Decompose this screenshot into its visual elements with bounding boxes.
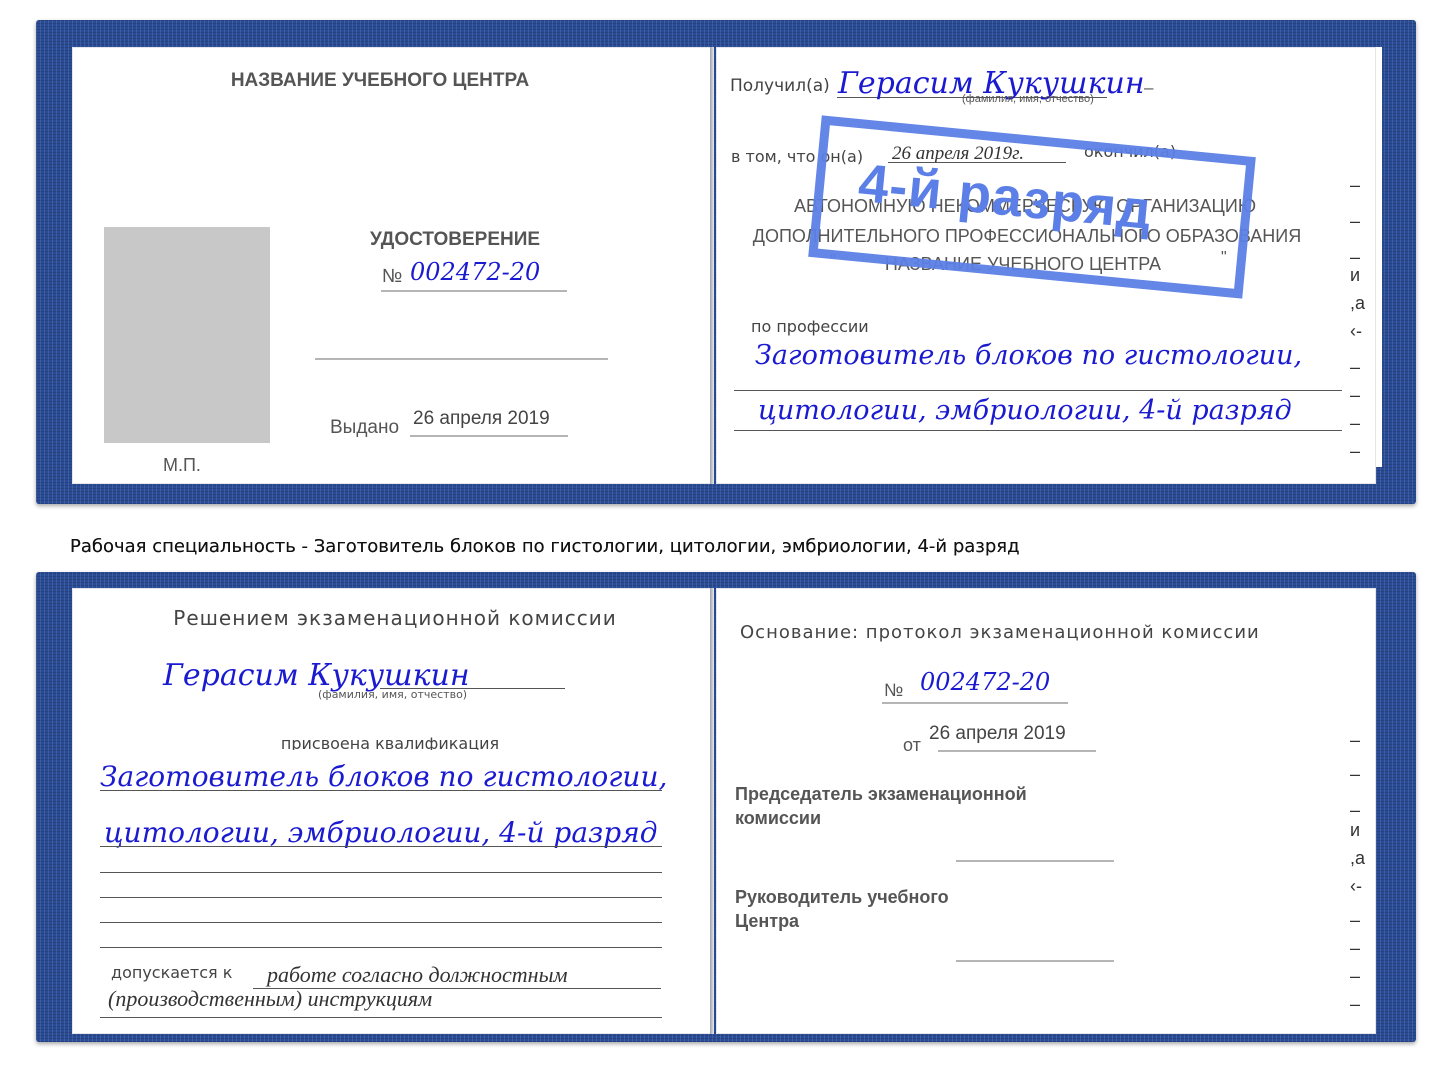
qualification-line-1: Заготовитель блоков по гистологии, [100,760,667,793]
edge-mark: – [1350,994,1360,1015]
number-underline [381,290,567,292]
qualification-label: присвоена квалификация [210,734,570,750]
name-hint: (фамилия, имя, отчество) [962,93,1094,105]
top-spine [710,47,714,484]
protocol-number-underline [882,702,1068,704]
blank-line [100,897,662,898]
edge-mark: ,а [1350,848,1365,869]
profession-underline-1 [734,390,1342,391]
protocol-date-label: от [903,735,921,756]
photo-placeholder [104,227,270,443]
certificate-title: УДОСТОВЕРЕНИЕ [340,229,570,251]
bottom-spine [710,588,714,1034]
edge-mark: – [1350,910,1360,931]
stamp-place-label: М.П. [163,455,201,476]
blank-underline [315,358,608,360]
admitted-line-2: (производственным) инструкциям [108,986,432,1012]
edge-mark: – [1350,357,1360,378]
edge-mark: – [1350,730,1360,751]
head-label-2: Центра [735,911,799,932]
decision-title: Решением экзаменационной комиссии [120,606,670,630]
edge-mark: ,а [1350,293,1365,314]
edge-mark: – [1350,385,1360,406]
edge-mark: – [1350,175,1360,196]
edge-mark: и [1350,820,1360,841]
issued-date-underline [410,435,568,437]
admitted-underline-2 [100,1017,662,1018]
issued-date: 26 апреля 2019 [413,408,550,430]
edge-mark: – [1350,211,1360,232]
received-label: Получил(а) [730,76,830,96]
edge-mark: – [1350,764,1360,785]
org-name-heading: НАЗВАНИЕ УЧЕБНОГО ЦЕНТРА [160,70,600,92]
blank-line [100,922,662,923]
certificate-number: 002472-20 [410,258,540,286]
edge-mark: – [1350,938,1360,959]
edge-mark: ‹- [1350,876,1362,897]
head-label-1: Руководитель учебного [735,887,949,908]
admitted-label: допускается к [111,963,232,982]
basis-title: Основание: протокол экзаменационной коми… [740,622,1260,643]
edge-mark: – [1350,966,1360,987]
qualification-underline-2 [100,846,662,847]
edge-mark: – [1350,800,1360,821]
profession-underline-2 [734,430,1342,431]
blank-line [100,947,662,948]
admitted-line-1: работе согласно должностным [267,962,568,988]
issued-label: Выдано [330,417,399,439]
protocol-number-label: № [884,680,903,701]
edge-mark: – [1350,413,1360,434]
qualification-line-2: цитологии, эмбриологии, 4-й разряд [104,816,658,849]
top-right-page-step [1376,47,1382,467]
caption-overlay-guard [70,562,190,563]
chairman-signature-line [956,860,1114,862]
edge-mark: ‹- [1350,321,1362,342]
chairman-label-2: комиссии [735,808,821,829]
protocol-number: 002472-20 [920,668,1050,696]
trailing-dash: – [1144,78,1153,98]
edge-mark: и [1350,265,1360,286]
protocol-date: 26 апреля 2019 [929,723,1066,745]
head-signature-line [956,960,1114,962]
bottom-name-hint: (фамилия, имя, отчество) [318,688,467,701]
chairman-label-1: Председатель экзаменационной [735,784,1027,805]
protocol-date-underline [938,750,1096,752]
profession-label: по профессии [751,317,869,336]
profession-line-2: цитологии, эмбриологии, 4-й разряд [758,395,1292,426]
qualification-underline-1 [100,790,662,791]
edge-mark: – [1350,441,1360,462]
specialty-caption-overlay: Рабочая специальность - Заготовитель бло… [70,532,1070,562]
number-label: № [382,266,402,288]
blank-line [100,872,662,873]
profession-line-1: Заготовитель блоков по гистологии, [755,340,1302,371]
